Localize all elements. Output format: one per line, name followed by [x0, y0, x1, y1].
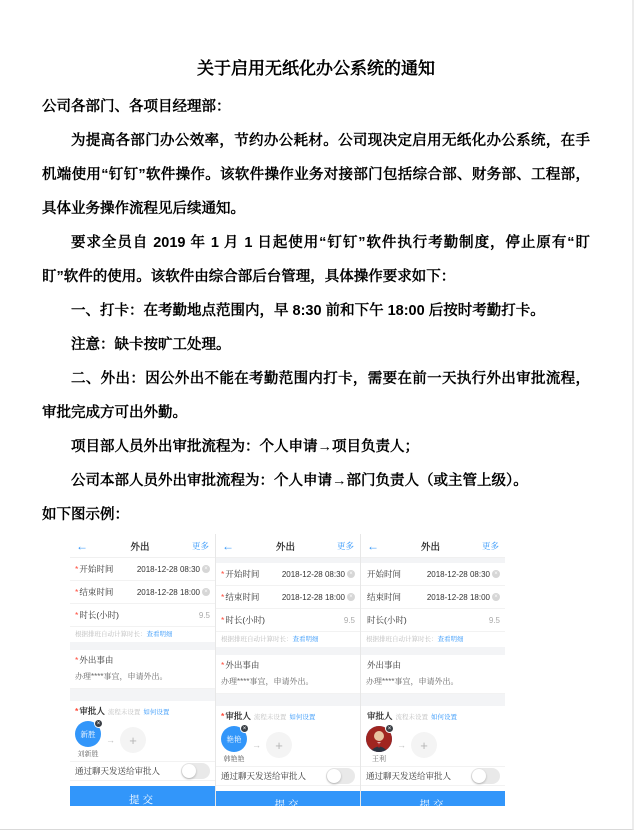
- reason-text: 办理****事宜，申请外出。: [221, 676, 355, 687]
- remove-approver-icon[interactable]: ×: [385, 724, 394, 733]
- document-paragraph: 公司各部门、各项目经理部：: [42, 90, 590, 124]
- approver-name: 王利: [366, 754, 392, 764]
- more-link[interactable]: 更多: [337, 540, 354, 552]
- section-gap: [216, 694, 360, 706]
- approver-header: 审批人 流程未设置 如何设置: [366, 710, 500, 722]
- app-screenshots-figure: ← 外出 更多 *开始时间 2018-12-28 08:30× *结束时间 20…: [70, 534, 505, 806]
- add-approver-button[interactable]: +: [266, 732, 292, 758]
- approver-name: 刘新胜: [75, 749, 101, 759]
- how-to-set-link[interactable]: 如何设置: [143, 707, 169, 716]
- duration-row[interactable]: *时长(小时) 9.5: [216, 609, 360, 632]
- start-time-row[interactable]: *开始时间 2018-12-28 08:30×: [216, 563, 360, 586]
- approver-avatar-wrap: × 王利: [366, 726, 392, 764]
- document-paragraph: 为提高各部门办公效率，节约办公耗材。公司现决定启用无纸化办公系统，在手机端使用“…: [42, 124, 590, 226]
- required-asterisk: *: [75, 564, 78, 574]
- end-time-label: 结束时间: [366, 591, 401, 603]
- approver-header: *审批人 流程未设置 如何设置: [221, 710, 355, 722]
- document-paragraph: 项目部人员外出审批流程为：个人申请→项目负责人；: [42, 430, 590, 464]
- back-arrow-icon[interactable]: ←: [367, 539, 379, 553]
- dingtalk-outing-form-screenshot: ← 外出 更多 开始时间 2018-12-28 08:30× 结束时间 2018…: [360, 534, 505, 806]
- duration-value: 9.5: [344, 616, 355, 625]
- view-detail-link[interactable]: 查看明细: [438, 636, 464, 643]
- required-asterisk: *: [221, 592, 224, 602]
- reason-label: *外出事由: [221, 659, 355, 671]
- section-gap: [70, 642, 215, 650]
- add-approver-button[interactable]: +: [120, 727, 146, 753]
- required-asterisk: *: [75, 706, 78, 716]
- remove-approver-icon[interactable]: ×: [240, 724, 249, 733]
- chat-send-toggle[interactable]: [471, 768, 500, 784]
- end-time-row[interactable]: *结束时间 2018-12-28 18:00×: [216, 586, 360, 609]
- required-asterisk: *: [75, 610, 78, 620]
- flow-not-set-hint: 流程未设置: [254, 712, 287, 721]
- approver-flow: 新胜 × 刘新胜 → +: [75, 721, 210, 759]
- back-arrow-icon[interactable]: ←: [76, 539, 88, 553]
- approver-avatar-wrap: 新胜 × 刘新胜: [75, 721, 101, 759]
- end-time-value: 2018-12-28 18:00×: [427, 593, 500, 602]
- dingtalk-outing-form-screenshot: ← 外出 更多 *开始时间 2018-12-28 08:30× *结束时间 20…: [215, 534, 360, 806]
- clear-icon[interactable]: ×: [202, 565, 210, 573]
- auto-calc-note: 根据排班自动计算时长：查看明细: [361, 632, 505, 647]
- document-paragraph: 二、外出：因公外出不能在考勤范围内打卡，需要在前一天执行外出审批流程，审批完成方…: [42, 362, 590, 430]
- clear-icon[interactable]: ×: [347, 593, 355, 601]
- phone-nav-bar: ← 外出 更多: [70, 534, 215, 558]
- reason-label: *外出事由: [75, 654, 210, 666]
- start-time-row[interactable]: *开始时间 2018-12-28 08:30×: [70, 558, 215, 581]
- approver-section: *审批人 流程未设置 如何设置 艳艳: [216, 706, 360, 766]
- document-paragraph: 要求全员自 2019 年 1 月 1 日起使用“钉钉”软件执行考勤制度，停止原有…: [42, 226, 590, 294]
- back-arrow-icon[interactable]: ←: [222, 539, 234, 553]
- required-asterisk: *: [221, 711, 224, 721]
- submit-button[interactable]: 提交: [70, 786, 215, 806]
- toggle-label: 通过聊天发送给审批人: [221, 770, 306, 782]
- section-gap: [216, 647, 360, 655]
- duration-label: 时长(小时): [366, 614, 407, 626]
- required-asterisk: *: [221, 660, 224, 670]
- end-time-row[interactable]: *结束时间 2018-12-28 18:00×: [70, 581, 215, 604]
- chat-send-toggle[interactable]: [181, 763, 210, 779]
- approver-section: 审批人 流程未设置 如何设置 ×: [361, 706, 505, 766]
- more-link[interactable]: 更多: [482, 540, 499, 552]
- document-body: 公司各部门、各项目经理部：为提高各部门办公效率，节约办公耗材。公司现决定启用无纸…: [42, 90, 590, 532]
- duration-label: *时长(小时): [221, 614, 265, 626]
- document-paragraph: 注意：缺卡按旷工处理。: [42, 328, 590, 362]
- required-asterisk: *: [75, 587, 78, 597]
- section-gap: [361, 694, 505, 706]
- more-link[interactable]: 更多: [192, 540, 209, 552]
- notice-document: 关于启用无纸化办公系统的通知 公司各部门、各项目经理部：为提高各部门办公效率，节…: [0, 0, 632, 806]
- approver-flow: × 王利 → +: [366, 726, 500, 764]
- reason-section[interactable]: *外出事由 办理****事宜，申请外出。: [70, 650, 215, 689]
- start-time-label: *开始时间: [75, 563, 113, 575]
- start-time-label: 开始时间: [366, 568, 401, 580]
- phone-nav-title: 外出: [276, 539, 295, 553]
- end-time-row[interactable]: 结束时间 2018-12-28 18:00×: [361, 586, 505, 609]
- duration-row[interactable]: 时长(小时) 9.5: [361, 609, 505, 632]
- submit-button[interactable]: 提交: [361, 791, 505, 806]
- how-to-set-link[interactable]: 如何设置: [289, 712, 315, 721]
- send-to-approver-row: 通过聊天发送给审批人: [70, 761, 215, 781]
- reason-text: 办理****事宜，申请外出。: [75, 671, 210, 682]
- clear-icon[interactable]: ×: [492, 570, 500, 578]
- document-paragraph: 公司本部人员外出审批流程为：个人申请→部门负责人（或主管上级）。: [42, 464, 590, 498]
- required-asterisk: *: [75, 655, 78, 665]
- flow-not-set-hint: 流程未设置: [396, 712, 429, 721]
- flow-arrow-icon: →: [252, 740, 261, 750]
- duration-label: *时长(小时): [75, 609, 119, 621]
- flow-not-set-hint: 流程未设置: [108, 707, 141, 716]
- required-asterisk: *: [221, 615, 224, 625]
- approver-name: 韩艳艳: [221, 754, 247, 764]
- phone-nav-title: 外出: [421, 539, 440, 553]
- toggle-label: 通过聊天发送给审批人: [75, 765, 160, 777]
- start-time-value: 2018-12-28 08:30×: [427, 570, 500, 579]
- flow-arrow-icon: →: [397, 740, 406, 750]
- toggle-label: 通过聊天发送给审批人: [366, 770, 451, 782]
- reason-label: 外出事由: [366, 659, 500, 671]
- approver-header: *审批人 流程未设置 如何设置: [75, 705, 210, 717]
- document-paragraph: 如下图示例：: [42, 498, 590, 532]
- submit-button[interactable]: 提交: [216, 791, 360, 806]
- end-time-label: *结束时间: [75, 586, 113, 598]
- approver-avatar-wrap: 艳艳 × 韩艳艳: [221, 726, 247, 764]
- send-to-approver-row: 通过聊天发送给审批人: [216, 766, 360, 786]
- auto-calc-note: 根据排班自动计算时长：查看明细: [70, 627, 215, 642]
- approver-flow: 艳艳 × 韩艳艳 → +: [221, 726, 355, 764]
- end-time-label: *结束时间: [221, 591, 259, 603]
- approver-label: *审批人: [75, 705, 105, 717]
- dingtalk-outing-form-screenshot: ← 外出 更多 *开始时间 2018-12-28 08:30× *结束时间 20…: [70, 534, 215, 806]
- document-title: 关于启用无纸化办公系统的通知: [42, 56, 590, 82]
- approver-section: *审批人 流程未设置 如何设置 新胜: [70, 701, 215, 761]
- duration-value: 9.5: [199, 611, 210, 620]
- reason-text: 办理****事宜，申请外出。: [366, 676, 500, 687]
- end-time-value: 2018-12-28 18:00×: [282, 593, 355, 602]
- send-to-approver-row: 通过聊天发送给审批人: [361, 766, 505, 786]
- remove-approver-icon[interactable]: ×: [94, 719, 103, 728]
- section-gap: [361, 647, 505, 655]
- clear-icon[interactable]: ×: [202, 588, 210, 596]
- document-paragraph: 一、打卡：在考勤地点范围内，早 8:30 前和下午 18:00 后按时考勤打卡。: [42, 294, 590, 328]
- duration-value: 9.5: [489, 616, 500, 625]
- auto-calc-note: 根据排班自动计算时长：查看明细: [216, 632, 360, 647]
- approver-label: 审批人: [366, 710, 393, 722]
- section-gap: [70, 689, 215, 701]
- reason-section[interactable]: *外出事由 办理****事宜，申请外出。: [216, 655, 360, 694]
- clear-icon[interactable]: ×: [347, 570, 355, 578]
- clear-icon[interactable]: ×: [492, 593, 500, 601]
- chat-send-toggle[interactable]: [326, 768, 355, 784]
- duration-row[interactable]: *时长(小时) 9.5: [70, 604, 215, 627]
- phone-nav-bar: ← 外出 更多: [216, 534, 360, 558]
- how-to-set-link[interactable]: 如何设置: [431, 712, 457, 721]
- required-asterisk: *: [221, 569, 224, 579]
- flow-arrow-icon: →: [106, 735, 115, 745]
- start-time-value: 2018-12-28 08:30×: [282, 570, 355, 579]
- start-time-value: 2018-12-28 08:30×: [137, 565, 210, 574]
- reason-section[interactable]: 外出事由 办理****事宜，申请外出。: [361, 655, 505, 694]
- phone-nav-bar: ← 外出 更多: [361, 534, 505, 558]
- start-time-row[interactable]: 开始时间 2018-12-28 08:30×: [361, 563, 505, 586]
- approver-label: *审批人: [221, 710, 251, 722]
- view-detail-link[interactable]: 查看明细: [147, 631, 173, 638]
- add-approver-button[interactable]: +: [411, 732, 437, 758]
- phone-nav-title: 外出: [130, 539, 149, 553]
- view-detail-link[interactable]: 查看明细: [293, 636, 319, 643]
- end-time-value: 2018-12-28 18:00×: [137, 588, 210, 597]
- start-time-label: *开始时间: [221, 568, 259, 580]
